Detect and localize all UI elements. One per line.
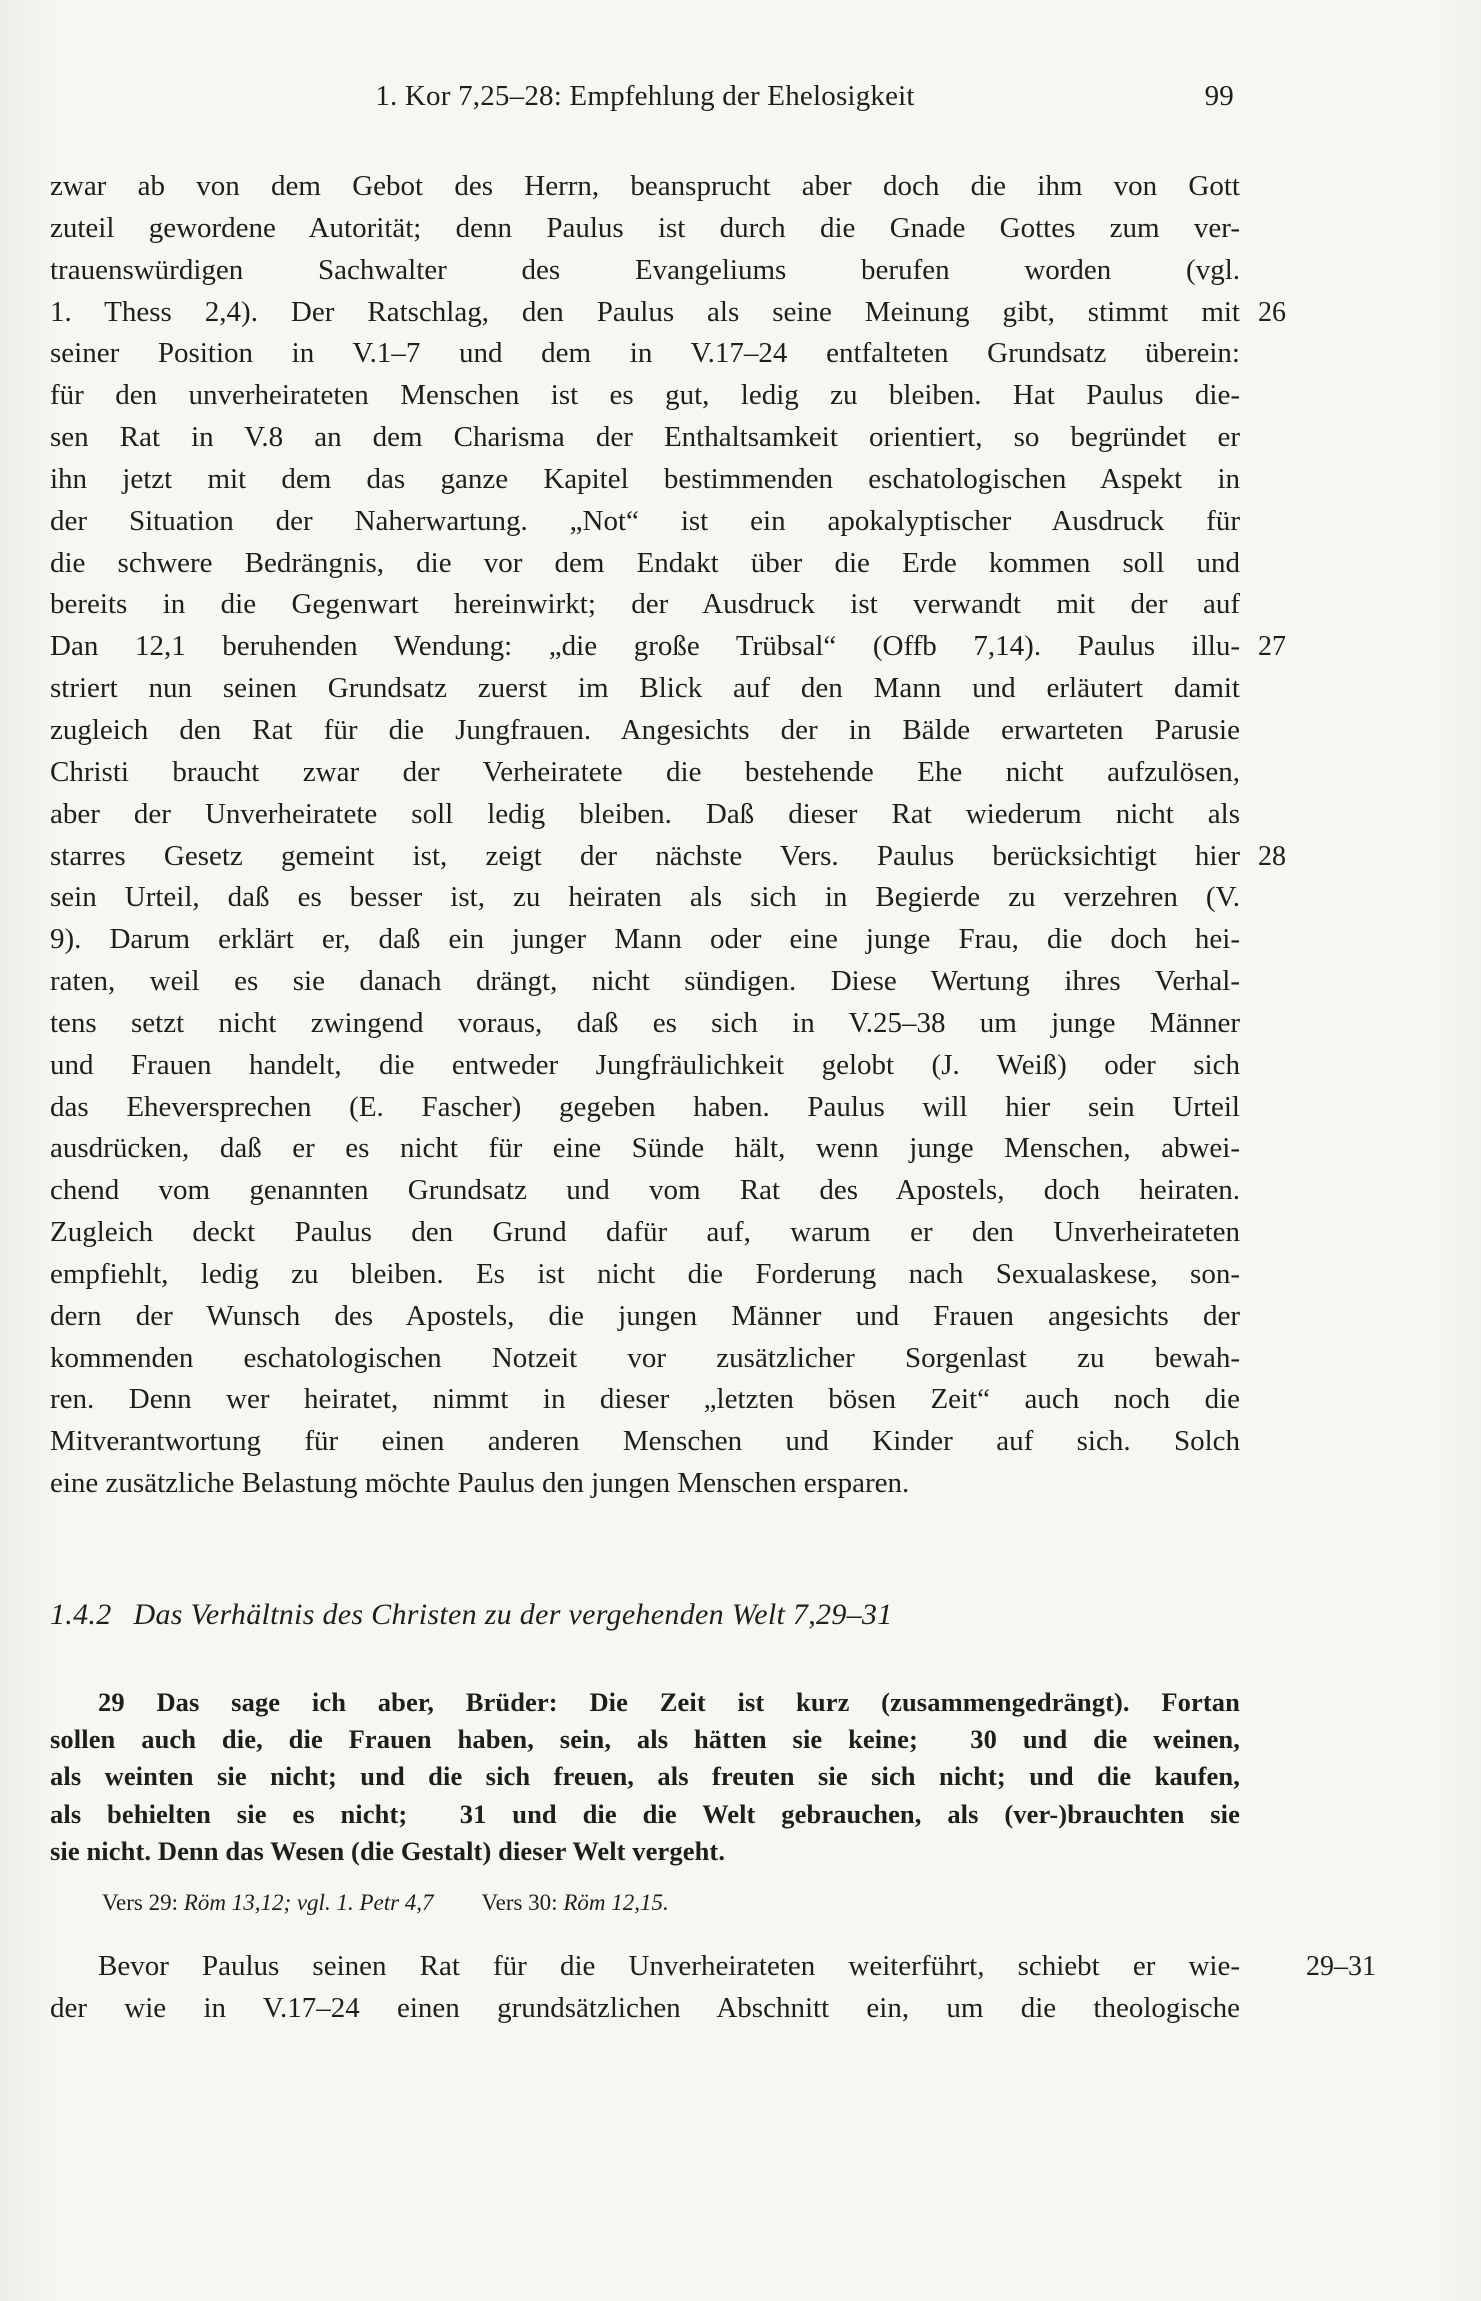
- text-line: ausdrücken, daß er es nicht für eine Sün…: [50, 1128, 1240, 1170]
- text-line: sollen auch die, die Frauen haben, sein,…: [50, 1721, 1240, 1758]
- text-line: sie nicht. Denn das Wesen (die Gestalt) …: [50, 1833, 1240, 1870]
- text-line: 29 Das sage ich aber, Brüder: Die Zeit i…: [50, 1684, 1240, 1721]
- text-line: eine zusätzliche Belastung möchte Paulus…: [50, 1463, 1240, 1505]
- text-line: trauenswürdigen Sachwalter des Evangeliu…: [50, 250, 1240, 292]
- commentary-paragraph: zwar ab von dem Gebot des Herrn, beanspr…: [50, 166, 1240, 1505]
- reference-label: Vers 29:: [102, 1890, 184, 1915]
- text-line: als weinten sie nicht; und die sich freu…: [50, 1758, 1240, 1795]
- text-line: raten, weil es sie danach drängt, nicht …: [50, 961, 1240, 1003]
- text-line: die schwere Bedrängnis, die vor dem Enda…: [50, 543, 1240, 585]
- text-line: und Frauen handelt, die entweder Jungfrä…: [50, 1045, 1240, 1087]
- text-line: Dan 12,1 beruhenden Wendung: „die große …: [50, 626, 1240, 668]
- text-line: Christi braucht zwar der Verheiratete di…: [50, 752, 1240, 794]
- text-line: das Eheversprechen (E. Fascher) gegeben …: [50, 1087, 1240, 1129]
- text-line: ren. Denn wer heiratet, nimmt in dieser …: [50, 1379, 1240, 1421]
- text-line: sen Rat in V.8 an dem Charisma der Entha…: [50, 417, 1240, 459]
- text-line: der wie in V.17–24 einen grundsätzlichen…: [50, 1988, 1240, 2030]
- text-line: sein Urteil, daß es besser ist, zu heira…: [50, 877, 1240, 919]
- page-number: 99: [1205, 80, 1234, 113]
- text-line: chend vom genannten Grundsatz und vom Ra…: [50, 1170, 1240, 1212]
- running-head-title: 1. Kor 7,25–28: Empfehlung der Ehelosigk…: [375, 80, 914, 112]
- text-line: zwar ab von dem Gebot des Herrn, beanspr…: [50, 166, 1240, 208]
- text-line: 1. Thess 2,4). Der Ratschlag, den Paulus…: [50, 292, 1240, 334]
- text-line: seiner Position in V.1–7 und dem in V.17…: [50, 333, 1240, 375]
- text-line: dern der Wunsch des Apostels, die jungen…: [50, 1296, 1240, 1338]
- text-line: bereits in die Gegenwart hereinwirkt; de…: [50, 584, 1240, 626]
- section-number: 1.4.2: [50, 1598, 112, 1631]
- text-line: starres Gesetz gemeint ist, zeigt der nä…: [50, 836, 1240, 878]
- text-line: 9). Darum erklärt er, daß ein junger Man…: [50, 919, 1240, 961]
- cross-references: Vers 29: Röm 13,12; vgl. 1. Petr 4,7Vers…: [50, 1890, 1292, 1916]
- text-line: striert nun seinen Grundsatz zuerst im B…: [50, 668, 1240, 710]
- margin-verse-number: 26: [1258, 292, 1286, 334]
- text-line: empfiehlt, ledig zu bleiben. Es ist nich…: [50, 1254, 1240, 1296]
- reference-label: Vers 30:: [482, 1890, 564, 1915]
- text-line: aber der Unverheiratete soll ledig bleib…: [50, 794, 1240, 836]
- text-line: für den unverheirateten Menschen ist es …: [50, 375, 1240, 417]
- text-line: zugleich den Rat für die Jungfrauen. Ang…: [50, 710, 1240, 752]
- text-line: der Situation der Naherwartung. „Not“ is…: [50, 501, 1240, 543]
- book-page: 1. Kor 7,25–28: Empfehlung der Ehelosigk…: [0, 0, 1481, 2301]
- text-line: Mitverantwortung für einen anderen Mensc…: [50, 1421, 1240, 1463]
- translation-paragraph: 29 Das sage ich aber, Brüder: Die Zeit i…: [50, 1684, 1240, 1870]
- running-head-row: 1. Kor 7,25–28: Empfehlung der Ehelosigk…: [50, 80, 1240, 120]
- text-line: kommenden eschatologischen Notzeit vor z…: [50, 1338, 1240, 1380]
- text-line: als behielten sie es nicht; 31 und die d…: [50, 1796, 1240, 1833]
- margin-verse-number: 28: [1258, 836, 1286, 878]
- text-line: Bevor Paulus seinen Rat für die Unverhei…: [50, 1946, 1240, 1988]
- margin-verse-number: 27: [1258, 626, 1286, 668]
- text-line: ihn jetzt mit dem das ganze Kapitel best…: [50, 459, 1240, 501]
- reference-citation: Röm 12,15.: [563, 1890, 668, 1915]
- text-line: zuteil gewordene Autorität; denn Paulus …: [50, 208, 1240, 250]
- section-title: Das Verhältnis des Christen zu der verge…: [134, 1598, 893, 1631]
- text-line: tens setzt nicht zwingend voraus, daß es…: [50, 1003, 1240, 1045]
- closing-paragraph: Bevor Paulus seinen Rat für die Unverhei…: [50, 1946, 1240, 2030]
- margin-verse-number: 29–31: [1258, 1946, 1376, 1988]
- reference-citation: Röm 13,12; vgl. 1. Petr 4,7: [184, 1890, 434, 1915]
- text-line: Zugleich deckt Paulus den Grund dafür au…: [50, 1212, 1240, 1254]
- section-heading: 1.4.2Das Verhältnis des Christen zu der …: [50, 1598, 1240, 1632]
